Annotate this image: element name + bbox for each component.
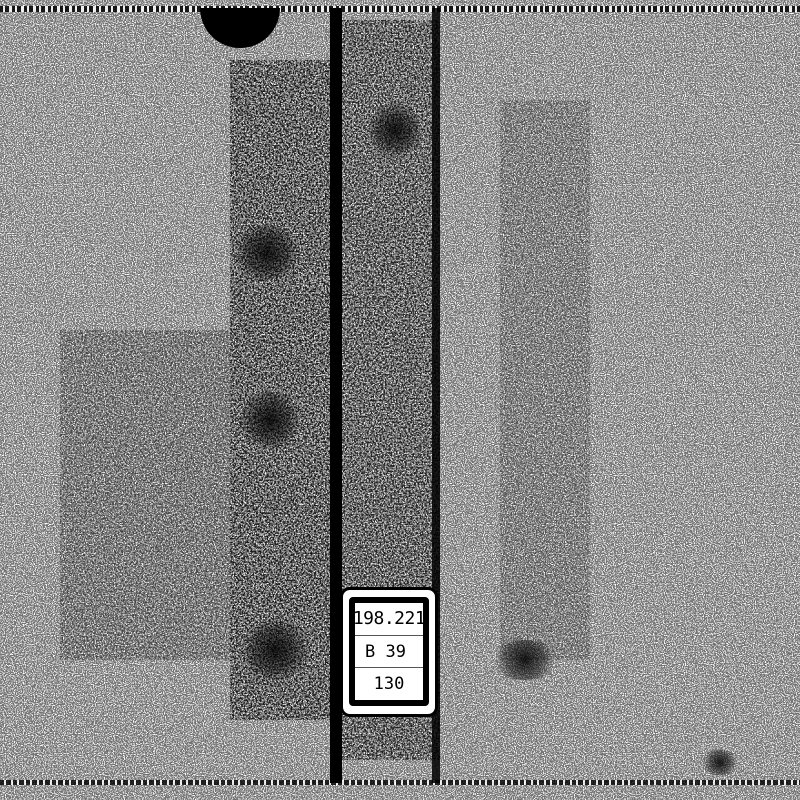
call-number-line-2: B 39 [355,636,423,669]
stain [370,100,420,160]
top-edge [0,6,800,12]
book-cover-scan: 198.221 B 39 130 [0,0,800,800]
stain [240,620,310,680]
bottom-edge [0,780,800,785]
stain [232,225,302,280]
call-number-line-1: 198.221 [355,603,423,636]
call-number-line-3: 130 [355,668,423,700]
stain [700,750,740,775]
call-number-label: 198.221 B 39 130 [340,587,438,717]
stain [240,390,300,450]
stain [490,640,560,680]
